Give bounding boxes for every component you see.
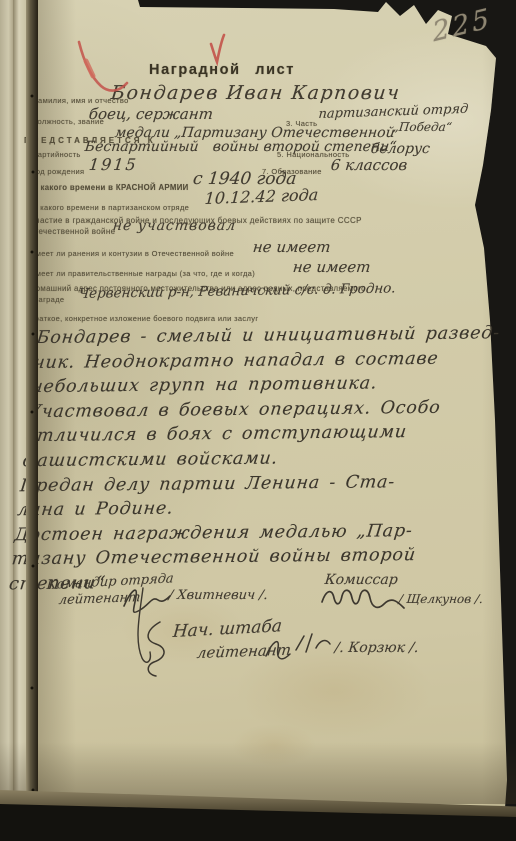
field-red-army-label: С какого времени в КРАСНОЙ АРМИИ (32, 183, 189, 192)
field-civil-war-label-line2: Отечественной войне (28, 227, 115, 236)
field-partisan-label: С какого времени в партизанском отряде (32, 203, 189, 212)
book-binding-page-edge (0, 0, 14, 812)
field-gov-awards-label: Имеет ли правительственные награды (за ч… (30, 269, 255, 278)
document-title: Наградной лист (149, 62, 295, 78)
signature-staff-title-line2: лейтенант (196, 641, 292, 662)
field-birth-year-value: 1915 (88, 155, 139, 174)
field-unit-value-line2: „Победа“ (392, 120, 453, 134)
field-nationality-value: белорус (370, 141, 431, 157)
field-gov-awards-value: не имеет (292, 258, 372, 276)
merit-line: тизану Отечественной войны второй (10, 543, 476, 572)
field-name-value: Бондарев Иван Карпович (110, 82, 402, 104)
field-party-label: Партийность (32, 150, 81, 159)
field-education-value: 6 классов (330, 156, 408, 174)
binding-gutter (26, 0, 38, 824)
field-civil-war-value: не участвовал (112, 218, 237, 234)
scanned-document: 225 Наградной лист Фамилия, имя и отчест… (0, 0, 516, 841)
signature-commissar-title: Комиссар (324, 572, 399, 588)
field-party-value: Беспартийный (84, 139, 199, 155)
field-wounds-value: не имеет (252, 238, 332, 256)
field-merit-label: Краткое, конкретное изложение боевого по… (30, 314, 258, 323)
merit-line: чик. Неоднократно нападал в составе (32, 346, 498, 375)
field-birth-year-label: Год рождения (32, 167, 84, 176)
field-partisan-value: 10.12.42 года (204, 185, 319, 208)
signature-commander-title-line2: лейтенант (58, 590, 141, 608)
signature-commander-name: / Хвитневич /. (168, 588, 269, 603)
signature-staff-name: /. Корзюк /. (334, 640, 419, 656)
merit-description: Бондарев - смелый и инициативный развед-… (8, 321, 502, 597)
field-wounds-label: Имеет ли ранения и контузии в Отечествен… (30, 249, 234, 258)
signature-commissar-name: / Щелкунов /. (398, 592, 484, 606)
field-position-value: боец, сержант (88, 105, 214, 123)
